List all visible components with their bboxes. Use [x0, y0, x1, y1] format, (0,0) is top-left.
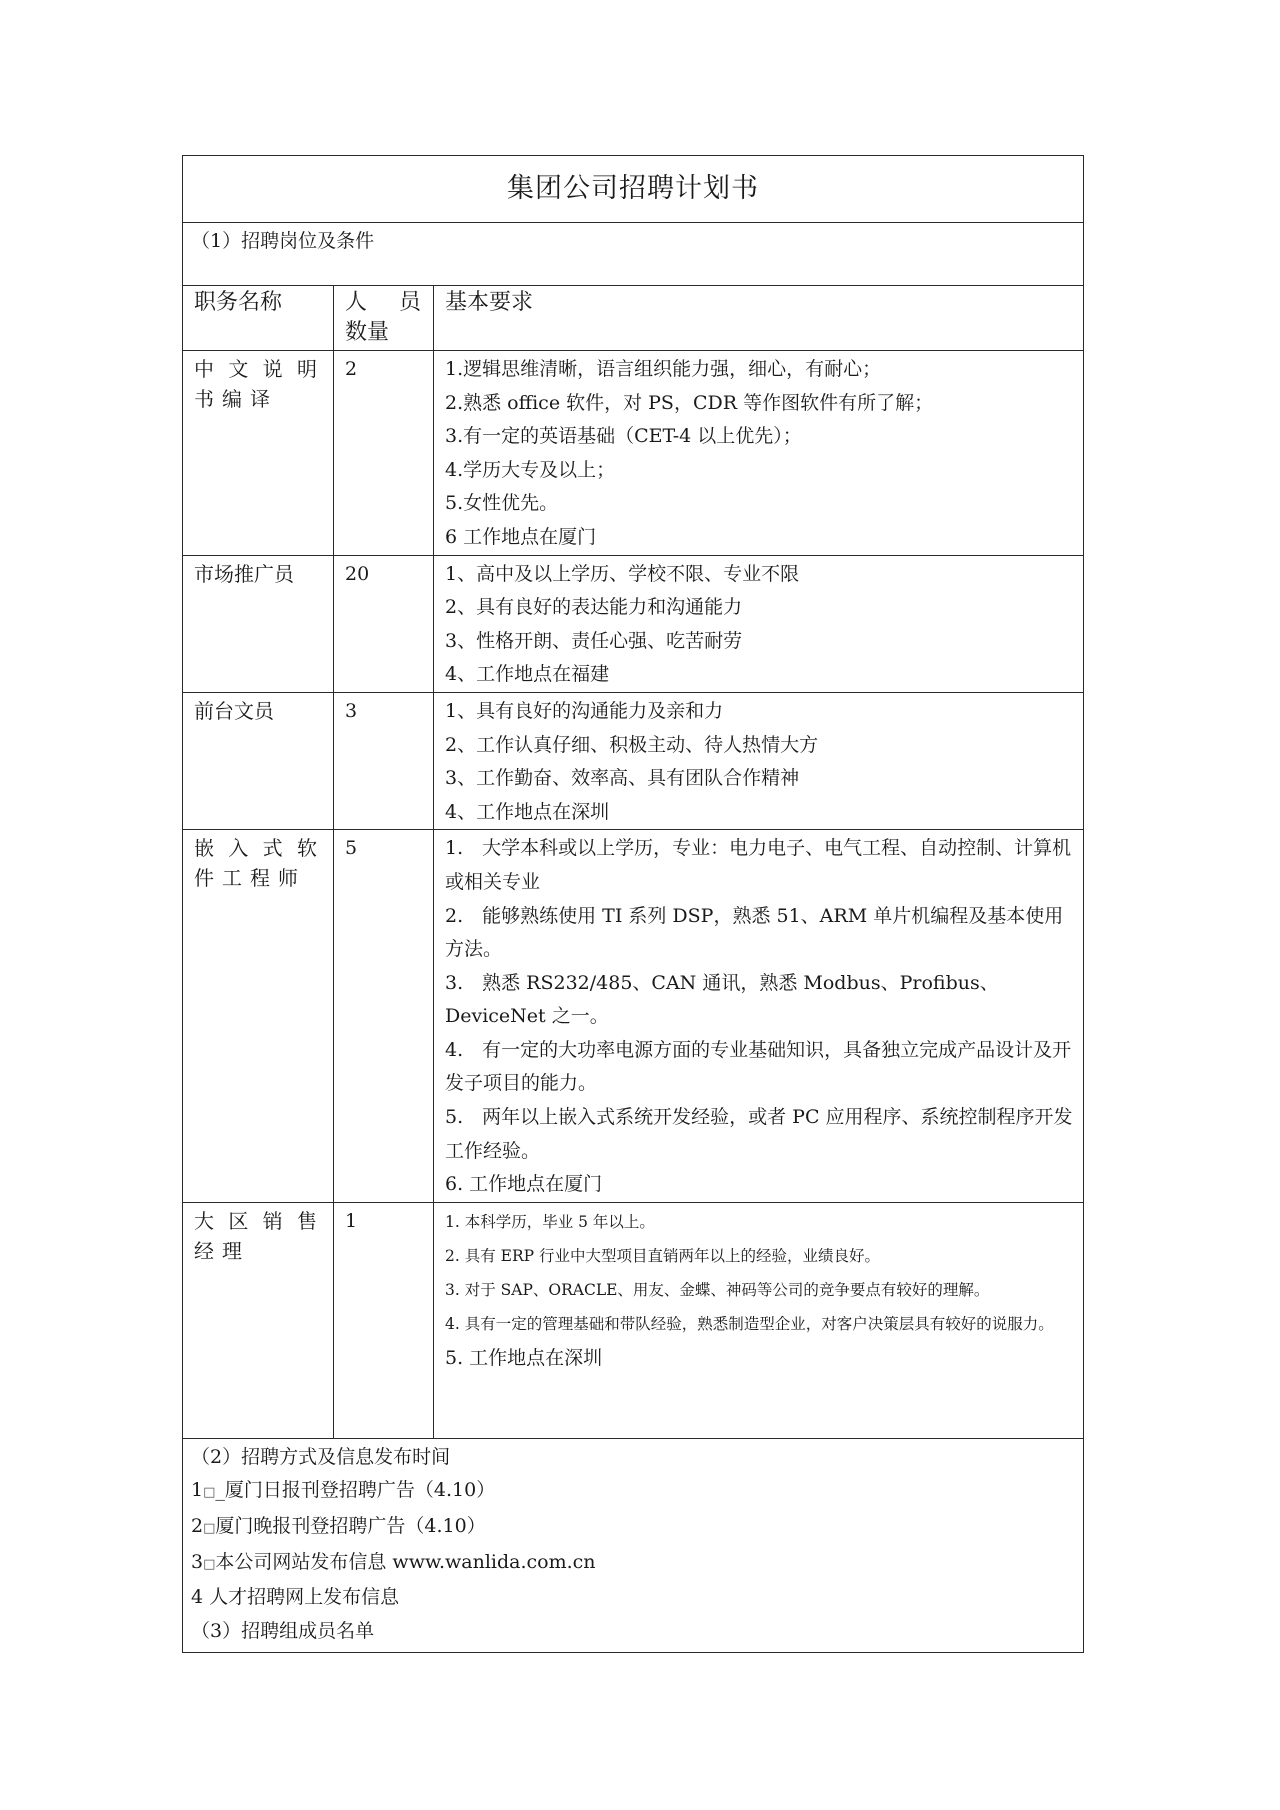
table-row: 前台文员 3 1、具有良好的沟通能力及亲和力 2、工作认真仔细、积极主动、待人热…	[183, 692, 1084, 829]
recruitment-plan-table: 集团公司招聘计划书 （1）招聘岗位及条件 职务名称 人员 数量 基本要求	[182, 155, 1084, 1653]
quantity-cell: 3	[334, 692, 434, 829]
requirement-item: 3、工作勤奋、效率高、具有团队合作精神	[445, 762, 1079, 796]
checkbox-glyph-icon: □	[203, 1557, 215, 1572]
checkbox-glyph-icon: □	[203, 1485, 215, 1500]
section-2-3-cell: （2）招聘方式及信息发布时间 1□_厦门日报刊登招聘广告（4.10） 2□厦门晚…	[183, 1438, 1084, 1653]
header-quantity: 人员 数量	[334, 286, 434, 351]
quantity-value: 3	[334, 693, 433, 726]
requirement-item: 3. 对于 SAP、ORACLE、用友、金蝶、神码等公司的竞争要点有较好的理解。	[445, 1273, 1079, 1307]
quantity-cell: 1	[334, 1202, 434, 1438]
table-row: 嵌入式软件工程师 5 1. 大学本科或以上学历，专业：电力电子、电气工程、自动控…	[183, 830, 1084, 1203]
table-row: 市场推广员 20 1、高中及以上学历、学校不限、专业不限 2、具有良好的表达能力…	[183, 555, 1084, 692]
position-cell: 前台文员	[183, 692, 334, 829]
header-requirements-label: 基本要求	[434, 286, 1083, 318]
requirement-item: 1、具有良好的沟通能力及亲和力	[445, 695, 1079, 729]
requirement-item: 4. 具有一定的管理基础和带队经验，熟悉制造型企业，对客户决策层具有较好的说服力…	[445, 1307, 1079, 1341]
requirements-list: 1、具有良好的沟通能力及亲和力 2、工作认真仔细、积极主动、待人热情大方 3、工…	[434, 693, 1083, 829]
quantity-value: 2	[334, 351, 433, 384]
position-name: 中文说明书编译	[183, 351, 333, 414]
method-text: 人才招聘网上发布信息	[203, 1586, 399, 1608]
requirements-cell: 1、高中及以上学历、学校不限、专业不限 2、具有良好的表达能力和沟通能力 3、性…	[434, 555, 1084, 692]
requirement-item: 6 工作地点在厦门	[445, 521, 1079, 555]
method-number: 1	[191, 1479, 203, 1501]
header-position-label: 职务名称	[183, 286, 333, 318]
position-cell: 市场推广员	[183, 555, 334, 692]
requirement-item: 4.学历大专及以上；	[445, 454, 1079, 488]
quantity-cell: 5	[334, 830, 434, 1203]
position-cell: 大区销售经理	[183, 1202, 334, 1438]
requirement-item: 2. 具有 ERP 行业中大型项目直销两年以上的经验，业绩良好。	[445, 1239, 1079, 1273]
requirements-cell: 1.逻辑思维清晰，语言组织能力强，细心，有耐心； 2.熟悉 office 软件，…	[434, 351, 1084, 556]
requirement-item: 5. 两年以上嵌入式系统开发经验，或者 PC 应用程序、系统控制程序开发工作经验…	[445, 1101, 1079, 1168]
method-number: 3	[191, 1551, 203, 1573]
checkbox-glyph-icon: □	[203, 1521, 215, 1536]
requirement-item: 4、工作地点在福建	[445, 658, 1079, 692]
method-number: 2	[191, 1515, 203, 1537]
requirement-item: 3.有一定的英语基础（CET-4 以上优先）；	[445, 420, 1079, 454]
requirement-item: 1. 大学本科或以上学历，专业：电力电子、电气工程、自动控制、计算机或相关专业	[445, 832, 1079, 899]
header-position: 职务名称	[183, 286, 334, 351]
method-item: 2□厦门晚报刊登招聘广告（4.10）	[191, 1510, 1083, 1546]
method-item: 4 人才招聘网上发布信息	[191, 1581, 1083, 1615]
requirement-item: 2.熟悉 office 软件，对 PS，CDR 等作图软件有所了解；	[445, 387, 1079, 421]
quantity-value: 20	[334, 556, 433, 589]
header-quantity-label: 人员 数量	[334, 286, 433, 348]
header-quantity-part-c: 数量	[345, 318, 425, 348]
section-1-heading: （1）招聘岗位及条件	[183, 223, 1083, 256]
position-name: 市场推广员	[183, 556, 333, 589]
requirements-list: 1.逻辑思维清晰，语言组织能力强，细心，有耐心； 2.熟悉 office 软件，…	[434, 351, 1083, 555]
requirement-item: 4. 有一定的大功率电源方面的专业基础知识，具备独立完成产品设计及开发子项目的能…	[445, 1034, 1079, 1101]
requirements-list: 1. 大学本科或以上学历，专业：电力电子、电气工程、自动控制、计算机或相关专业 …	[434, 830, 1083, 1202]
quantity-value: 1	[334, 1203, 433, 1236]
table-row: 中文说明书编译 2 1.逻辑思维清晰，语言组织能力强，细心，有耐心； 2.熟悉 …	[183, 351, 1084, 556]
section-3-heading: （3）招聘组成员名单	[191, 1615, 1083, 1649]
position-name: 嵌入式软件工程师	[183, 830, 333, 893]
section-1-cell: （1）招聘岗位及条件	[183, 223, 1084, 286]
requirement-item: 6. 工作地点在厦门	[445, 1168, 1079, 1202]
position-name: 前台文员	[183, 693, 333, 726]
requirement-item: 2. 能够熟练使用 TI 系列 DSP，熟悉 51、ARM 单片机编程及基本使用…	[445, 900, 1079, 967]
title-cell: 集团公司招聘计划书	[183, 156, 1084, 223]
section-2-heading: （2）招聘方式及信息发布时间	[191, 1441, 1083, 1475]
position-cell: 嵌入式软件工程师	[183, 830, 334, 1203]
table-row: 大区销售经理 1 1. 本科学历，毕业 5 年以上。 2. 具有 ERP 行业中…	[183, 1202, 1084, 1438]
quantity-cell: 2	[334, 351, 434, 556]
requirements-list: 1. 本科学历，毕业 5 年以上。 2. 具有 ERP 行业中大型项目直销两年以…	[434, 1203, 1083, 1375]
recruitment-methods-list: （2）招聘方式及信息发布时间 1□_厦门日报刊登招聘广告（4.10） 2□厦门晚…	[183, 1439, 1083, 1653]
header-requirements: 基本要求	[434, 286, 1084, 351]
method-text: 本公司网站发布信息 www.wanlida.com.cn	[215, 1551, 595, 1573]
method-item: 1□_厦门日报刊登招聘广告（4.10）	[191, 1474, 1083, 1510]
requirements-cell: 1、具有良好的沟通能力及亲和力 2、工作认真仔细、积极主动、待人热情大方 3、工…	[434, 692, 1084, 829]
requirement-item: 2、工作认真仔细、积极主动、待人热情大方	[445, 729, 1079, 763]
quantity-cell: 20	[334, 555, 434, 692]
requirements-cell: 1. 大学本科或以上学历，专业：电力电子、电气工程、自动控制、计算机或相关专业 …	[434, 830, 1084, 1203]
method-text: 厦门晚报刊登招聘广告（4.10）	[215, 1515, 485, 1537]
quantity-value: 5	[334, 830, 433, 863]
requirement-item: 5. 工作地点在深圳	[445, 1341, 1079, 1375]
method-number: 4	[191, 1586, 203, 1608]
requirement-item: 2、具有良好的表达能力和沟通能力	[445, 591, 1079, 625]
method-text: _厦门日报刊登招聘广告（4.10）	[215, 1479, 495, 1501]
method-item: 3□本公司网站发布信息 www.wanlida.com.cn	[191, 1546, 1083, 1582]
header-quantity-part-b: 员	[399, 288, 421, 318]
requirement-item: 5.女性优先。	[445, 487, 1079, 521]
header-quantity-part-a: 人	[345, 288, 367, 318]
document-page: 集团公司招聘计划书 （1）招聘岗位及条件 职务名称 人员 数量 基本要求	[182, 155, 1083, 1653]
requirement-item: 3、性格开朗、责任心强、吃苦耐劳	[445, 625, 1079, 659]
position-name: 大区销售经理	[183, 1203, 333, 1266]
requirement-item: 1. 本科学历，毕业 5 年以上。	[445, 1205, 1079, 1239]
requirements-cell: 1. 本科学历，毕业 5 年以上。 2. 具有 ERP 行业中大型项目直销两年以…	[434, 1202, 1084, 1438]
requirements-list: 1、高中及以上学历、学校不限、专业不限 2、具有良好的表达能力和沟通能力 3、性…	[434, 556, 1083, 692]
position-cell: 中文说明书编译	[183, 351, 334, 556]
requirement-item: 4、工作地点在深圳	[445, 796, 1079, 830]
requirement-item: 1、高中及以上学历、学校不限、专业不限	[445, 558, 1079, 592]
requirement-item: 1.逻辑思维清晰，语言组织能力强，细心，有耐心；	[445, 353, 1079, 387]
document-title: 集团公司招聘计划书	[507, 173, 759, 204]
requirement-item: 3. 熟悉 RS232/485、CAN 通讯，熟悉 Modbus、Profibu…	[445, 967, 1079, 1034]
